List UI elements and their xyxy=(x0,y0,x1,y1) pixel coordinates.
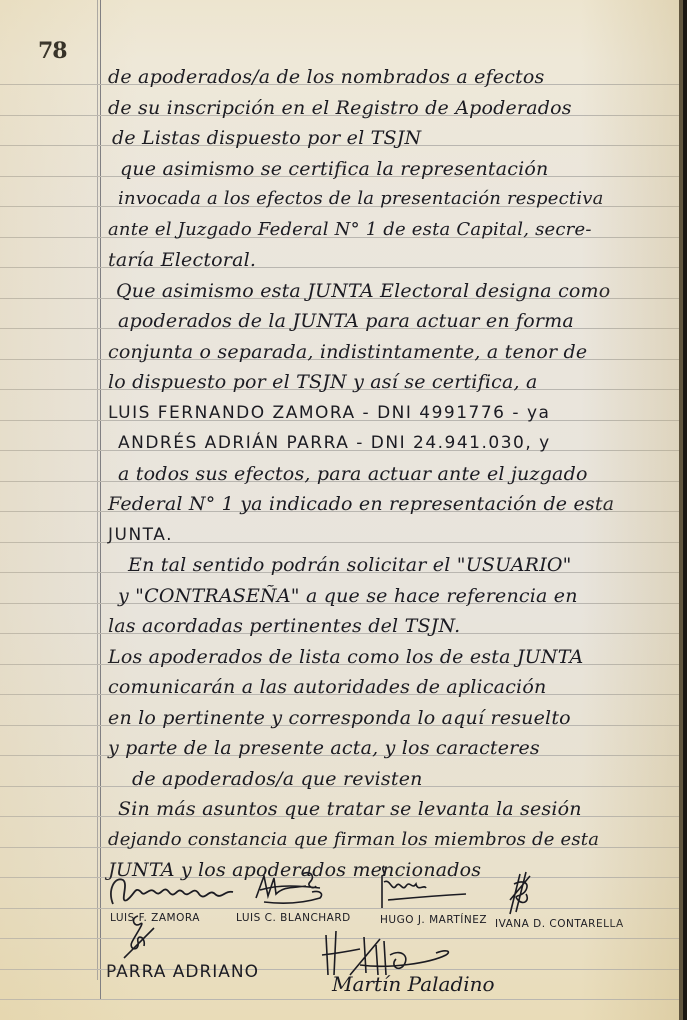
signature-parra xyxy=(120,912,160,962)
rule-line xyxy=(0,969,683,970)
text-line: conjunta o separada, indistintamente, a … xyxy=(108,337,678,368)
signer-name: LUIS C. BLANCHARD xyxy=(236,912,351,924)
rule-line xyxy=(0,908,683,909)
text-line: apoderados de la JUNTA para actuar en fo… xyxy=(108,306,678,337)
text-line: de Listas dispuesto por el TSJN xyxy=(108,123,678,154)
signature-paladino xyxy=(320,925,460,985)
text-line: taría Electoral. xyxy=(108,245,678,276)
text-line: ante el Juzgado Federal N° 1 de esta Cap… xyxy=(108,215,678,246)
page-edge-shadow xyxy=(679,0,683,1020)
signer-name: LUIS F. ZAMORA xyxy=(110,912,200,924)
signer-name: Martín Paladino xyxy=(332,972,495,996)
page-number: 78 xyxy=(38,38,67,64)
signer-name: HUGO J. MARTÍNEZ xyxy=(380,914,487,926)
text-line: que asimismo se certifica la representac… xyxy=(108,154,678,185)
text-line: JUNTA y los apoderados mencionados xyxy=(108,855,678,886)
text-line: Que asimismo esta JUNTA Electoral design… xyxy=(108,276,678,307)
text-line: Los apoderados de lista como los de esta… xyxy=(108,642,678,673)
text-line: lo dispuesto por el TSJN y así se certif… xyxy=(108,367,678,398)
margin-line-outer xyxy=(97,0,98,980)
text-line: a todos sus efectos, para actuar ante el… xyxy=(108,459,678,490)
signer-name: PARRA ADRIANO xyxy=(106,962,259,982)
text-line: comunicarán a las autoridades de aplicac… xyxy=(108,672,678,703)
text-line: Sin más asuntos que tratar se levanta la… xyxy=(108,794,678,825)
text-line: de apoderados/a que revisten xyxy=(108,764,678,795)
text-line: JUNTA. xyxy=(108,520,678,551)
text-line: En tal sentido podrán solicitar el "USUA… xyxy=(108,550,678,581)
text-line: invocada a los efectos de la presentació… xyxy=(108,184,678,215)
text-line: en lo pertinente y corresponda lo aquí r… xyxy=(108,703,678,734)
signer-name: IVANA D. CONTARELLA xyxy=(495,918,624,930)
text-line: LUIS FERNANDO ZAMORA - DNI 4991776 - ya xyxy=(108,398,678,429)
text-line: Federal N° 1 ya indicado en representaci… xyxy=(108,489,678,520)
margin-line xyxy=(100,0,101,1000)
rule-line xyxy=(0,938,683,939)
text-line: de apoderados/a de los nombrados a efect… xyxy=(108,62,678,93)
text-line: y parte de la presente acta, y los carac… xyxy=(108,733,678,764)
text-line: de su inscripción en el Registro de Apod… xyxy=(108,93,678,124)
text-line: las acordadas pertinentes del TSJN. xyxy=(108,611,678,642)
handwritten-body: de apoderados/a de los nombrados a efect… xyxy=(108,62,678,886)
text-line: y "CONTRASEÑA" a que se hace referencia … xyxy=(108,581,678,612)
ledger-page: 78 de apoderados/a de los nombrados a ef… xyxy=(0,0,683,1020)
rule-line xyxy=(0,999,683,1000)
text-line: ANDRÉS ADRIÁN PARRA - DNI 24.941.030, y xyxy=(108,428,678,459)
text-line: dejando constancia que firman los miembr… xyxy=(108,825,678,856)
